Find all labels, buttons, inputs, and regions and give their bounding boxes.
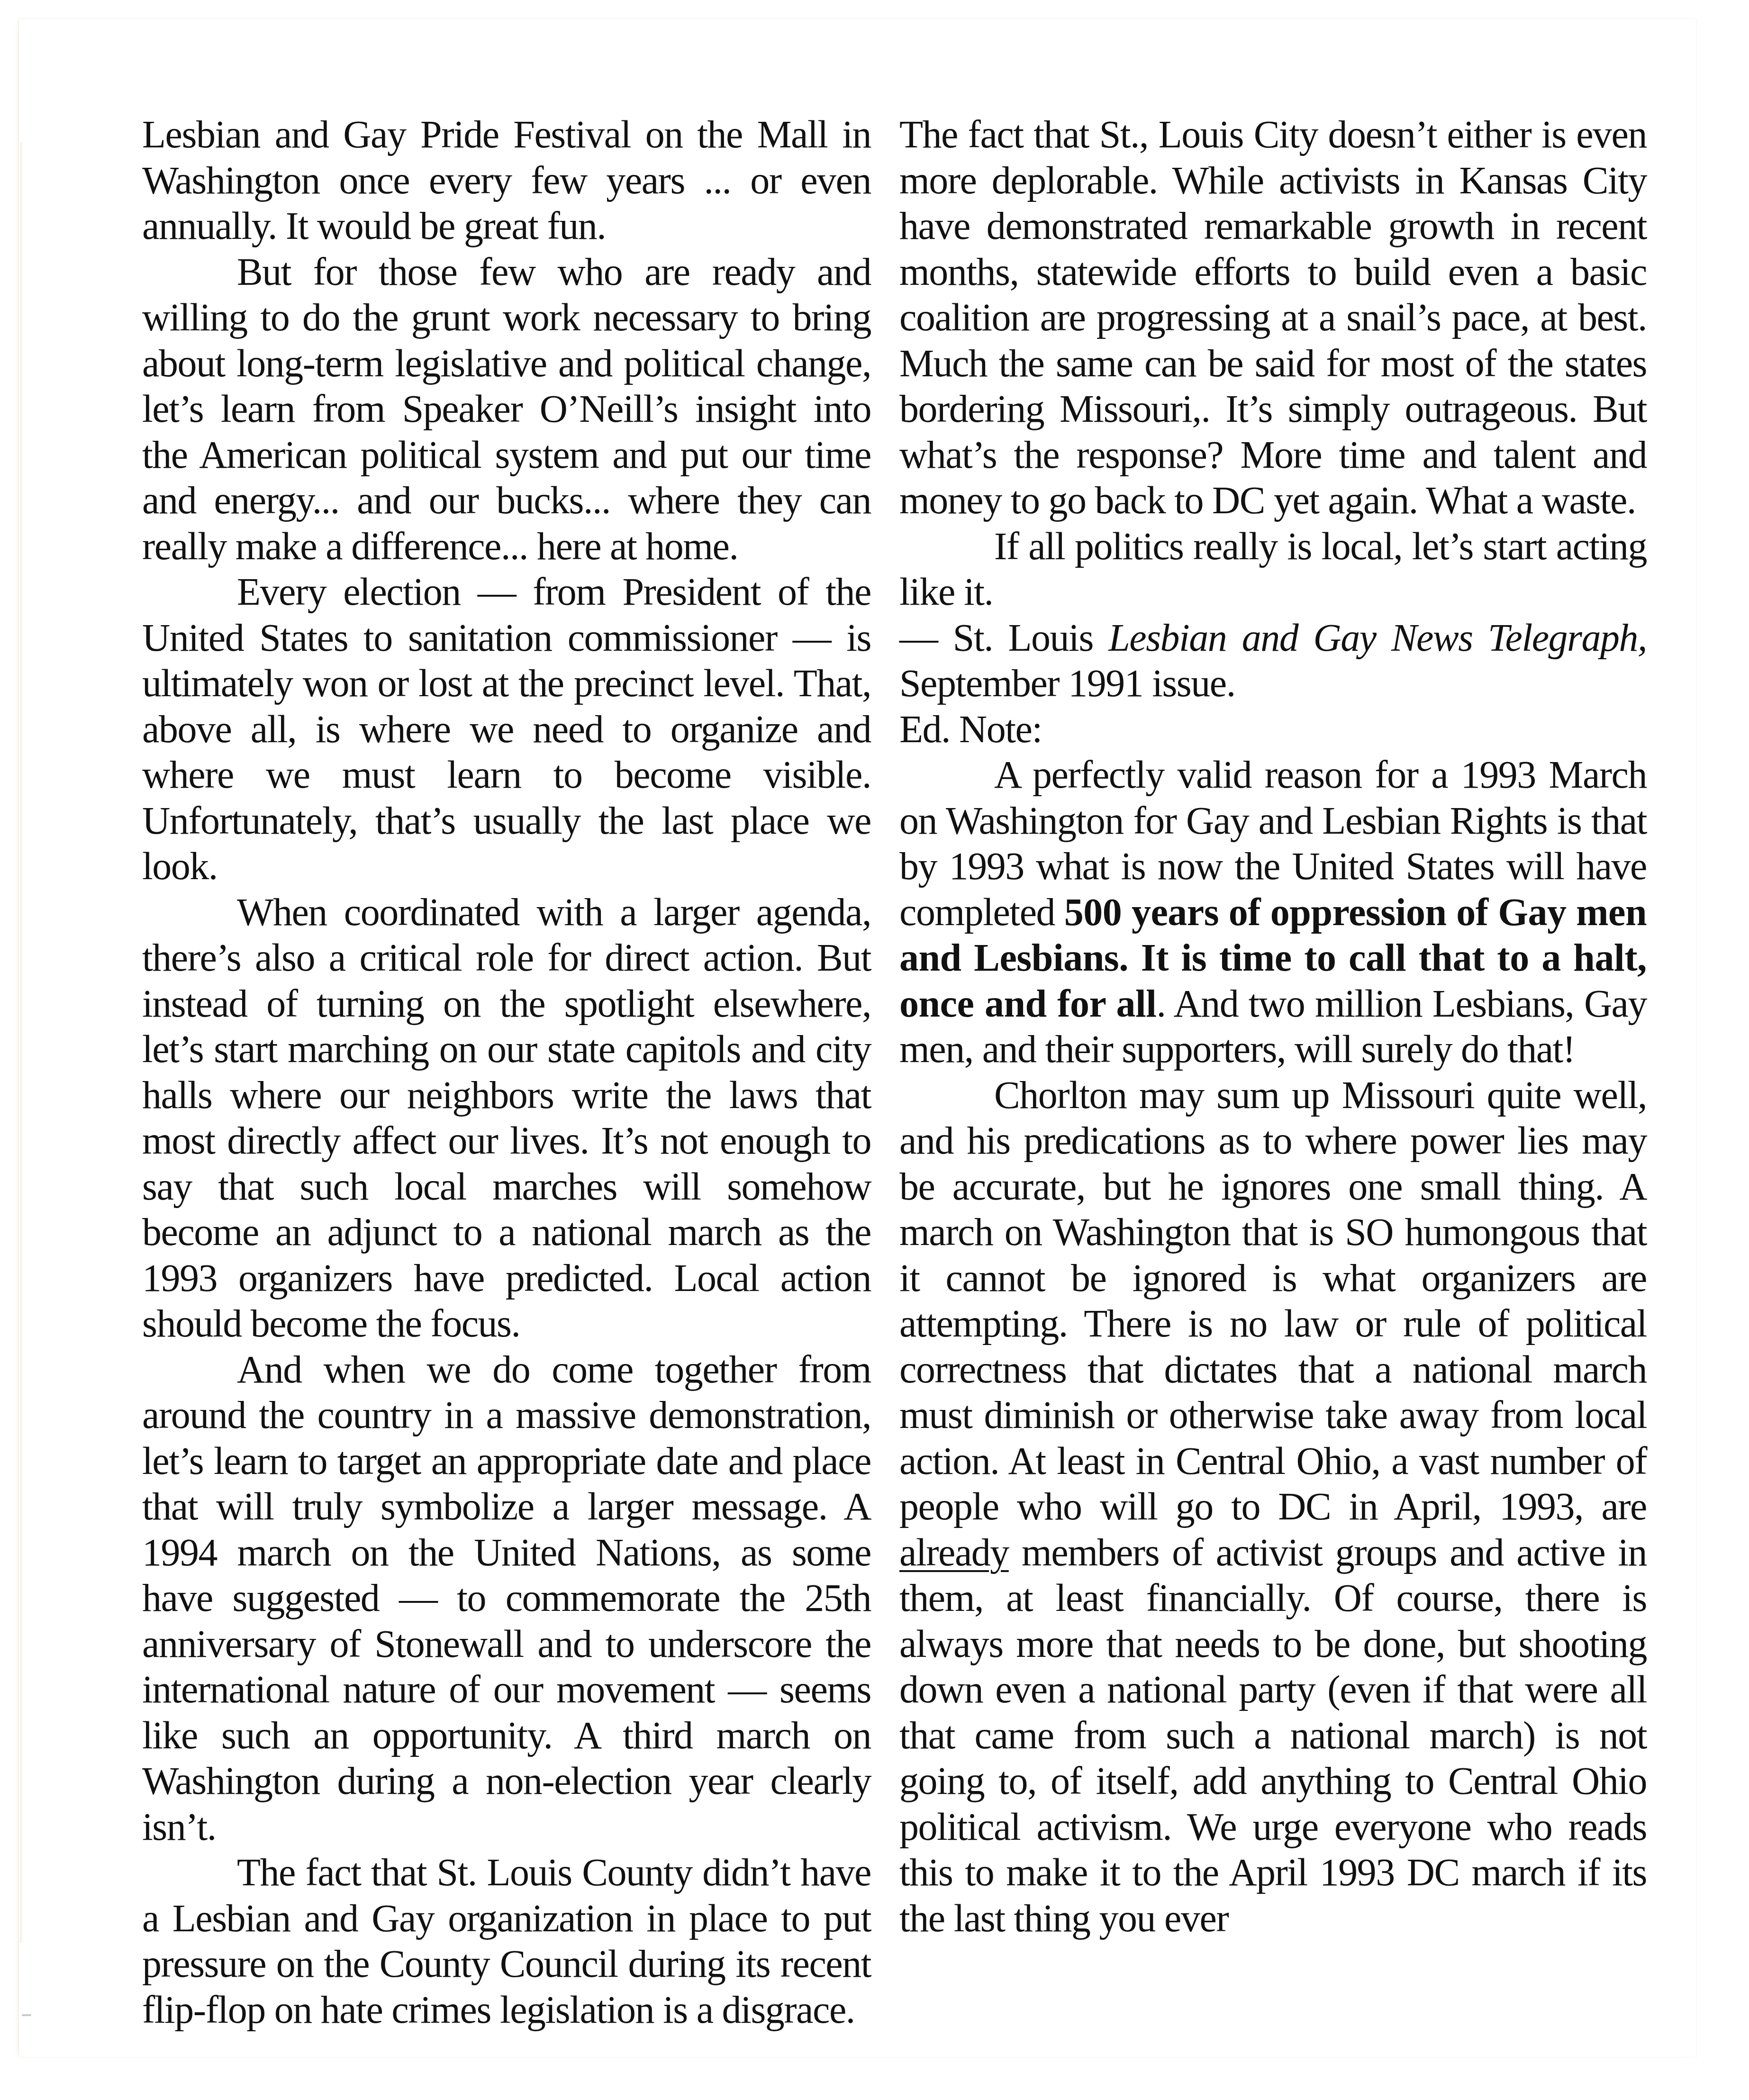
ed-note-paragraph-2: Chorlton may sum up Missouri quite well,…: [899, 1073, 1647, 1942]
left-paragraph-1: Lesbian and Gay Pride Festival on the Ma…: [142, 112, 871, 249]
citation-publication: Lesbian and Gay News Telegraph,: [1108, 616, 1647, 659]
right-paragraph-2: If all politics really is local, let’s s…: [899, 524, 1647, 615]
left-paragraph-5: And when we do come together from around…: [142, 1347, 871, 1850]
left-column: Lesbian and Gay Pride Festival on the Ma…: [142, 112, 871, 2033]
scan-shadow-edge: [20, 142, 24, 1943]
ed-note-2-lead: Chorlton may sum up Missouri quite well,…: [899, 1073, 1647, 1528]
ed-note-paragraph-1: A perfectly valid reason for a 1993 Marc…: [899, 752, 1647, 1073]
left-paragraph-3: Every election — from President of the U…: [142, 569, 871, 890]
citation-prefix: — St. Louis: [899, 616, 1108, 659]
ed-note-2-tail: members of activist groups and active in…: [899, 1531, 1647, 1940]
right-paragraph-1: The fact that St., Louis City doesn’t ei…: [899, 112, 1647, 524]
ed-note-2-underlined-word: already: [899, 1531, 1009, 1574]
scan-speck: [22, 2014, 31, 2016]
citation: — St. Louis Lesbian and Gay News Telegra…: [899, 615, 1647, 707]
left-paragraph-6: The fact that St. Louis County didn’t ha…: [142, 1850, 871, 2033]
ed-note-label: Ed. Note:: [899, 707, 1647, 753]
left-paragraph-4: When coordinated with a larger agenda, t…: [142, 890, 871, 1347]
right-column: The fact that St., Louis City doesn’t ei…: [899, 112, 1647, 1941]
citation-suffix: September 1991 issue.: [899, 662, 1235, 705]
left-paragraph-2: But for those few who are ready and will…: [142, 249, 871, 570]
